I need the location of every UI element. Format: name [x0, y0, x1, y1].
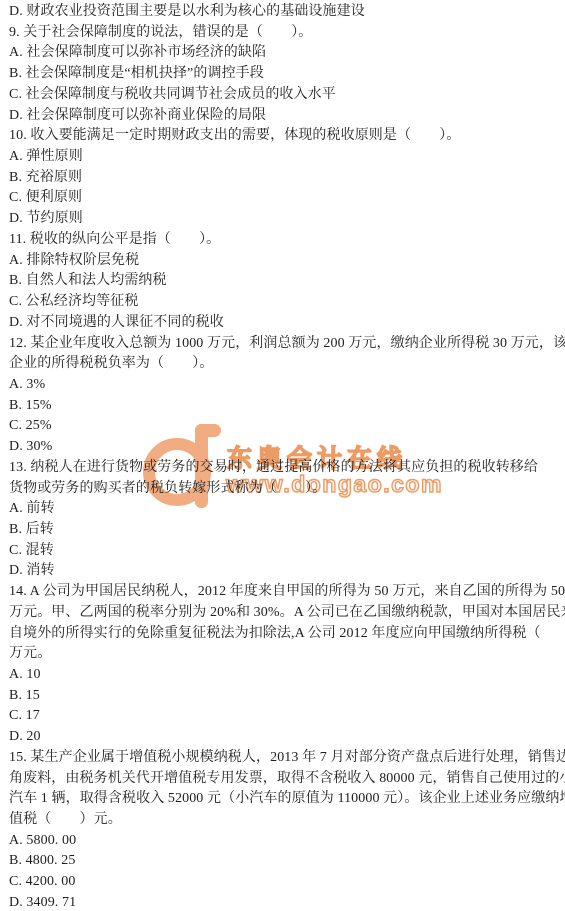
question-11-option-a: A. 排除特权阶层免税 [9, 251, 559, 272]
question-13-option-c: C. 混转 [9, 541, 559, 562]
question-14-option-a: A. 10 [9, 665, 559, 686]
question-9-option-c: C. 社会保障制度与税收共同调节社会成员的收入水平 [9, 85, 559, 106]
question-15-stem-line-1: 15. 某生产企业属于增值税小规模纳税人，2013 年 7 月对部分资产盘点后进… [9, 748, 559, 769]
question-11-stem: 11. 税收的纵向公平是指（ ）。 [9, 230, 559, 251]
question-14-option-c: C. 17 [9, 706, 559, 727]
question-10-option-a: A. 弹性原则 [9, 147, 559, 168]
question-8-option-d: D. 财政农业投资范围主要是以水利为核心的基础设施建设 [9, 2, 559, 23]
question-9-option-b: B. 社会保障制度是“相机抉择”的调控手段 [9, 64, 559, 85]
question-14-option-d: D. 20 [9, 727, 559, 748]
question-13-option-b: B. 后转 [9, 520, 559, 541]
question-15-stem-line-4: 值税（ ）元。 [9, 810, 559, 831]
question-12-option-b: B. 15% [9, 396, 559, 417]
question-14-option-b: B. 15 [9, 686, 559, 707]
question-13-option-d: D. 消转 [9, 561, 559, 582]
exam-page: 东奥会计在线 www.dongao.com D. 财政农业投资范围主要是以水利为… [0, 0, 565, 911]
question-12-option-c: C. 25% [9, 416, 559, 437]
question-10-option-b: B. 充裕原则 [9, 168, 559, 189]
question-15-option-d: D. 3409. 71 [9, 893, 559, 911]
question-13-stem-line-2: 货物或劳务的购买者的税负转嫁形式称为（ ）。 [9, 479, 559, 500]
question-12-option-d: D. 30% [9, 437, 559, 458]
question-14-stem-line-2: 万元。甲、乙两国的税率分别为 20%和 30%。A 公司已在乙国缴纳税款，甲国对… [9, 603, 559, 624]
question-15-option-a: A. 5800. 00 [9, 831, 559, 852]
question-11-option-b: B. 自然人和法人均需纳税 [9, 271, 559, 292]
question-10-option-c: C. 便利原则 [9, 188, 559, 209]
question-15-option-b: B. 4800. 25 [9, 851, 559, 872]
question-15-stem-line-2: 角废料，由税务机关代开增值税专用发票，取得不含税收入 80000 元，销售自己使… [9, 769, 559, 790]
question-10-option-d: D. 节约原则 [9, 209, 559, 230]
question-11-option-c: C. 公私经济均等征税 [9, 292, 559, 313]
question-14-stem-line-3: 自境外的所得实行的免除重复征税法为扣除法,A 公司 2012 年度应向甲国缴纳所… [9, 624, 559, 645]
question-14-stem-line-1: 14. A 公司为甲国居民纳税人，2012 年度来自甲国的所得为 50 万元，来… [9, 582, 559, 603]
question-9-option-a: A. 社会保障制度可以弥补市场经济的缺陷 [9, 43, 559, 64]
question-12-stem-line-2: 企业的所得税税负率为（ ）。 [9, 354, 559, 375]
question-13-option-a: A. 前转 [9, 499, 559, 520]
question-12-stem-line-1: 12. 某企业年度收入总额为 1000 万元，利润总额为 200 万元，缴纳企业… [9, 334, 559, 355]
question-list: D. 财政农业投资范围主要是以水利为核心的基础设施建设 9. 关于社会保障制度的… [0, 0, 565, 911]
question-15-option-c: C. 4200. 00 [9, 872, 559, 893]
question-15-stem-line-3: 汽车 1 辆，取得含税收入 52000 元（小汽车的原值为 110000 元）。… [9, 789, 559, 810]
question-13-stem-line-1: 13. 纳税人在进行货物或劳务的交易时，通过提高价格的方法将其应负担的税收转移给 [9, 458, 559, 479]
question-10-stem: 10. 收入要能满足一定时期财政支出的需要，体现的税收原则是（ ）。 [9, 126, 559, 147]
question-9-option-d: D. 社会保障制度可以弥补商业保险的局限 [9, 106, 559, 127]
question-11-option-d: D. 对不同境遇的人课征不同的税收 [9, 313, 559, 334]
question-14-stem-line-4: 万元。 [9, 644, 559, 665]
question-12-option-a: A. 3% [9, 375, 559, 396]
question-9-stem: 9. 关于社会保障制度的说法，错误的是（ ）。 [9, 23, 559, 44]
